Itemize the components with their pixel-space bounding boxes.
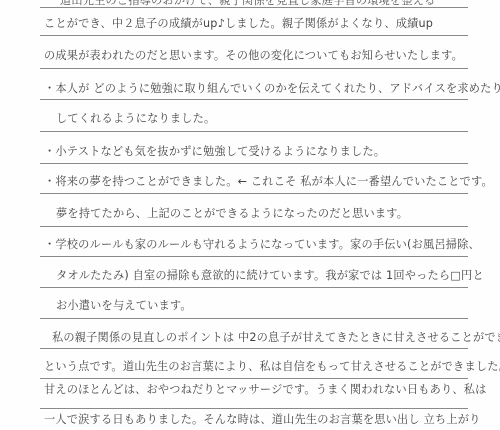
ruled-line <box>40 131 468 132</box>
text-line: お小遣いを与えています。 <box>56 299 192 313</box>
ruled-line <box>40 318 468 319</box>
ruled-line <box>40 287 468 288</box>
ruled-line <box>40 226 468 227</box>
ruled-line <box>40 348 468 349</box>
text-line: タオルたたみ) 自室の掃除も意欲的に続けています。我が家では 1回やったら□円と <box>56 269 484 283</box>
letter-page: 道山先生のご指導のおかげで、親子関係を見直し家庭学習の環境を整える ことができ、… <box>0 0 500 430</box>
bullet-item: ・学校のルールも家のルールも守れるようになっています。家の手伝い(お風呂掃除、 <box>44 238 480 252</box>
bullet-item: ・小テストなども気を抜かずに勉強して受けるようになりました。 <box>44 145 385 159</box>
ruled-line <box>40 193 468 194</box>
text-line: してくれるようになりました。 <box>56 112 215 126</box>
ruled-line <box>40 35 468 36</box>
ruled-line <box>40 163 468 164</box>
ruled-line <box>40 256 468 257</box>
text-line: 甘えのほとんどは、おやつねだりとマッサージです。うまく関われない日もあり、私は <box>44 383 487 397</box>
ruled-line <box>40 378 468 379</box>
bullet-item: ・将来の夢を持つことができました。← これこそ 私が本人に一番望んでいたことです… <box>44 175 493 189</box>
text-line: 一人で涙する日もありました。そんな時は、道山先生のお言葉を思い出し 立ち上がり <box>44 413 480 427</box>
text-line: ことができ、中２息子の成績がup♪しました。親子関係がよくなり、成績up <box>44 17 433 31</box>
ruled-line <box>40 99 468 100</box>
text-line: の成果が表われたのだと思います。その他の変化についてもお知らせいたします。 <box>44 49 463 63</box>
text-line: 夢を持てたから、上記のことができるようになったのだと思います。 <box>56 207 408 221</box>
text-line: 私の親子関係の見直しのポイントは 中2の息子が甘えてきたときに甘えさせることがで… <box>52 331 500 345</box>
text-line: 道山先生のご指導のおかげで、親子関係を見直し家庭学習の環境を整える <box>60 0 436 8</box>
bullet-item: ・本人が どのように勉強に取り組んでいくのかを伝えてくれたり、アドバイスを求めた… <box>44 82 500 96</box>
ruled-line <box>40 408 468 409</box>
text-line: という点です。道山先生のお言葉により、私は自信をもって甘えさせることができました… <box>44 360 500 374</box>
ruled-line <box>40 68 468 69</box>
